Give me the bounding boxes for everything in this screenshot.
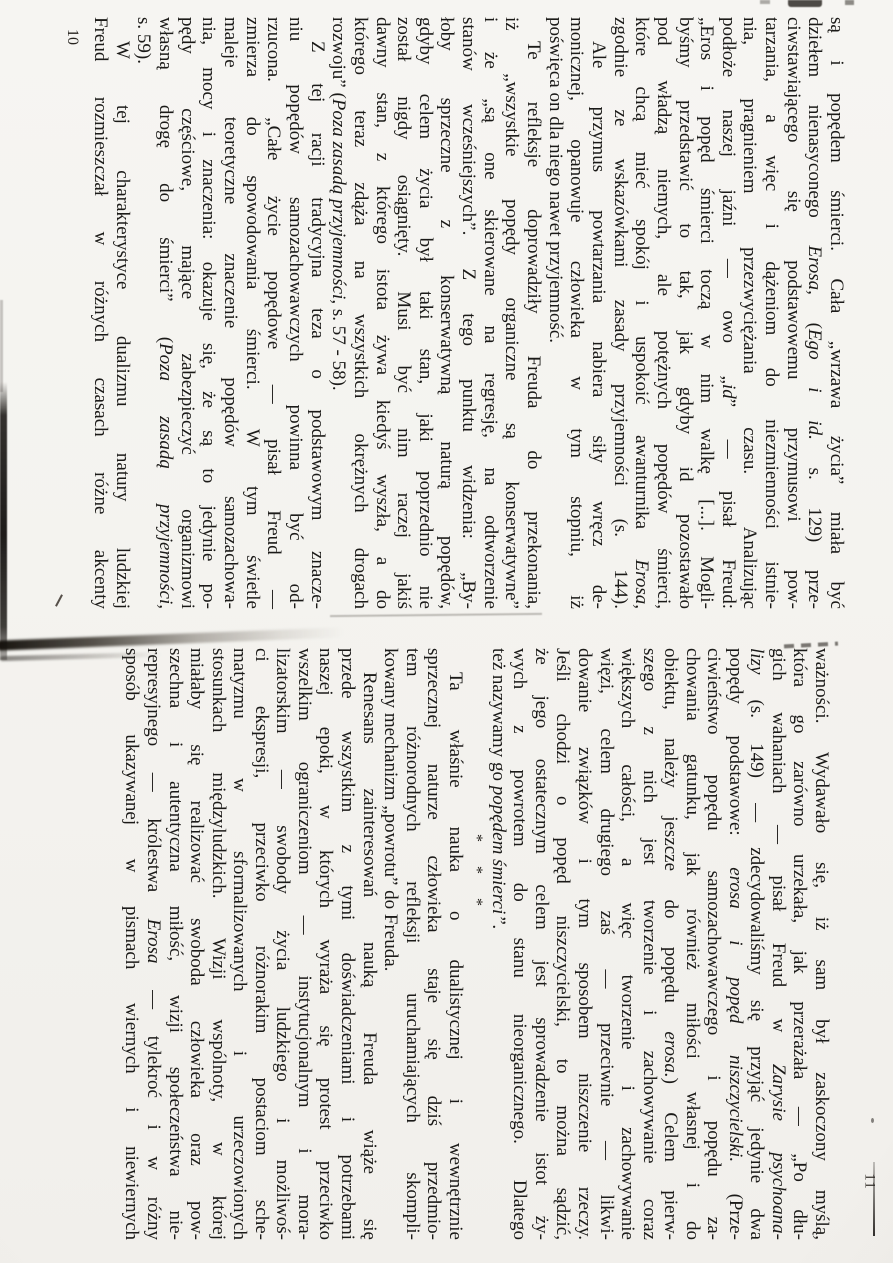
top-edge-mark-faint bbox=[760, 0, 770, 4]
text-line: maleje teoretyczne znaczenie popędów sam… bbox=[219, 17, 241, 609]
text-run: przede wszystkim z tymi doświadczeniami … bbox=[337, 648, 358, 1240]
text-line: gich wahaniach — pisał Freud w Zarysie p… bbox=[767, 648, 789, 1240]
text-line: Te refleksje doprowadziły Freuda do prze… bbox=[522, 17, 544, 609]
text-line: tarzania, a więc i dążeniom do niezmienn… bbox=[760, 17, 782, 609]
text-run: (Prze- bbox=[725, 1162, 746, 1240]
text-run: podłoże naszej jaźni — owo „ bbox=[718, 17, 739, 384]
italic-run: Ego i id. bbox=[804, 329, 825, 440]
text-line: Renesans zainteresowań nauką Freuda wiąż… bbox=[358, 648, 380, 1240]
text-run: dawny stan, z którego istota żywa kiedyś… bbox=[372, 17, 393, 609]
text-run: został nigdy osiągnięty. Musi być nim ra… bbox=[393, 17, 414, 609]
text-line: podłoże naszej jaźni — owo „id” — pisał … bbox=[717, 17, 739, 609]
text-run: stanów wcześniejszych”. Z tego punktu wi… bbox=[458, 17, 479, 609]
text-line: Z tej racji tradycyjna teza o podstawowy… bbox=[306, 17, 328, 609]
text-run: sposób ukazywanej w pismach wiernych i n… bbox=[122, 648, 143, 1240]
text-run: rzucona. „Całe życie popędowe — pisał Fr… bbox=[263, 17, 284, 609]
italic-run: Zarysie psychoana- bbox=[768, 1064, 789, 1240]
text-run: Ta właśnie nauka o dualistycznej i wewnę… bbox=[445, 672, 466, 1240]
text-run: która go zarówno urzekała, jak przerażał… bbox=[789, 648, 810, 1240]
italic-run: Erosa, bbox=[631, 560, 652, 609]
text-run: większych całości, a więc tworzenie i za… bbox=[617, 648, 638, 1240]
text-line: ciwieństwo popędu samozachowawczego i po… bbox=[703, 648, 725, 1240]
text-line: chowania gatunku, jak również miłości wł… bbox=[681, 648, 703, 1240]
text-run: stosunkach międzyludzkich. Wizji wspólno… bbox=[208, 648, 229, 1240]
text-line: sprzecznej naturze człowieka staje się d… bbox=[423, 648, 445, 1240]
text-line: byśmy przedstawić to tak, jak gdyby id p… bbox=[674, 17, 696, 609]
italic-run: Poza zasadą przyjemności, bbox=[328, 99, 349, 304]
text-run: ciwieństwo popędu samozachowawczego i po… bbox=[703, 648, 724, 1240]
text-line: dowanie związków i tym sposobem niszczen… bbox=[573, 648, 595, 1240]
text-run: „Eros i popęd śmierci toczą w nim walkę … bbox=[696, 17, 717, 609]
text-line: tem różnorodnych refleksji uruchamiający… bbox=[401, 648, 423, 1240]
text-run: że jego ostatecznym celem jest sprowadze… bbox=[531, 648, 552, 1240]
text-run: s. 57 - 58). bbox=[328, 304, 349, 391]
text-line: które chcą mieć spokój i uspokoić awantu… bbox=[631, 17, 653, 609]
text-line: rozwoju” (Poza zasadą przyjemności, s. 5… bbox=[328, 17, 350, 609]
text-line: którego teraz zdąża na wszystkich okrężn… bbox=[349, 17, 371, 609]
text-line: lizy (s. 149) — zdecydowaliśmy się przyj… bbox=[746, 648, 768, 1240]
text-run: więzi, celem drugiego zaś — przeciwnie —… bbox=[596, 648, 617, 1240]
text-run: — tylekroć i w różny bbox=[143, 964, 164, 1241]
italic-run: Poza zasadą przyjemności, bbox=[155, 343, 176, 609]
text-run: wych z powrotem do stanu nieorganicznego… bbox=[509, 648, 530, 1240]
italic-run: popędem śmierci”. bbox=[488, 786, 509, 930]
text-run: miałaby się realizować swoboda człowieka… bbox=[186, 648, 207, 1240]
text-run: nia, mocy i znaczenia: okazuje się, że s… bbox=[198, 17, 219, 609]
text-run: nia, pragnieniem przezwyciężania czasu. … bbox=[739, 17, 760, 609]
text-run: Ale przymus powtarzania nabiera siły wrę… bbox=[588, 41, 609, 609]
text-line: stanów wcześniejszych”. Z tego punktu wi… bbox=[457, 17, 479, 609]
text-run: tarzania, a więc i dążeniom do niezmienn… bbox=[761, 17, 782, 609]
speck-mark bbox=[871, 1118, 874, 1123]
italic-run: lizy bbox=[746, 648, 767, 674]
text-line: wych z powrotem do stanu nieorganicznego… bbox=[509, 648, 531, 1240]
text-run: rozwoju” ( bbox=[328, 17, 349, 99]
italic-run: erosa. bbox=[660, 1031, 681, 1077]
text-run: Z tej racji tradycyjna teza o podstawowy… bbox=[307, 41, 328, 609]
text-line: więzi, celem drugiego zaś — przeciwnie —… bbox=[595, 648, 617, 1240]
text-line: kowany mechanizm „powrotu” do Freuda. bbox=[380, 648, 402, 1240]
fold-shadow-thin-line bbox=[330, 613, 542, 617]
text-run: zmierza do spowodowania śmierci. W tym ś… bbox=[242, 17, 263, 609]
page-10-text-block: są i popędem śmierci. Cała „wrzawa życia… bbox=[89, 17, 847, 609]
text-run: Jeśli chodzi o popęd niszczycielski, to … bbox=[552, 648, 573, 1240]
italic-run: erosa i popęd niszczycielski. bbox=[725, 867, 746, 1162]
text-line: są i popędem śmierci. Cała „wrzawa życia… bbox=[825, 17, 847, 609]
text-line: został nigdy osiągnięty. Musi być nim ra… bbox=[393, 17, 415, 609]
book-scan: { "scan": { "paper_color": "#f5f4f1", "i… bbox=[0, 0, 893, 1263]
text-line: monicznej, opanowuje człowieka w tym sto… bbox=[566, 17, 588, 609]
text-line: nia, pragnieniem przezwyciężania czasu. … bbox=[739, 17, 761, 609]
text-run: ( bbox=[804, 295, 825, 329]
text-line: sposób ukazywanej w pismach wiernych i n… bbox=[121, 648, 143, 1240]
text-run: które chcą mieć spokój i uspokoić awantu… bbox=[631, 17, 652, 560]
text-run: ) Celem pierw- bbox=[660, 1078, 681, 1240]
text-run: kowany mechanizm „powrotu” do Freuda. bbox=[380, 648, 401, 971]
text-run: szechna i autentyczna miłość, wizji społ… bbox=[165, 648, 186, 1240]
text-line: ważności. Wydawało się, iż sam był zasko… bbox=[810, 648, 832, 1240]
text-line: własną drogę do śmierci” (Poza zasadą pr… bbox=[155, 17, 177, 609]
text-run: dowanie związków i tym sposobem niszczen… bbox=[574, 648, 595, 1240]
text-line: zmierza do spowodowania śmierci. W tym ś… bbox=[241, 17, 263, 609]
text-line: łoby sprzeczne z konserwatywną naturą po… bbox=[436, 17, 458, 609]
text-run: gich wahaniach — pisał Freud w bbox=[768, 648, 789, 1064]
page-11-text-block: ważności. Wydawało się, iż sam był zasko… bbox=[108, 648, 832, 1240]
text-run: którego teraz zdąża na wszystkich okrężn… bbox=[350, 17, 371, 609]
text-run: ” — pisał Freud: bbox=[718, 399, 739, 609]
text-run: W tej charakterystyce dualizmu natury lu… bbox=[112, 41, 133, 609]
text-line: represyjnego — królestwa Erosa — tylekro… bbox=[143, 648, 165, 1240]
text-run: zgodnie ze wskazówkami zasady przyjemnoś… bbox=[610, 17, 631, 609]
text-run: iż „wszystkie popędy organiczne są konse… bbox=[501, 17, 522, 609]
text-line: lizatorskim — swobody życia ludzkiego i … bbox=[272, 648, 294, 1240]
text-run: popędy podstawowe: bbox=[725, 648, 746, 867]
italic-run: id bbox=[718, 384, 739, 399]
page-11-folio: 11 bbox=[858, 1152, 880, 1210]
text-line: Ale przymus powtarzania nabiera siły wrę… bbox=[587, 17, 609, 609]
text-run: maleje teoretyczne znaczenie popędów sam… bbox=[220, 17, 241, 609]
italic-run: Erosa bbox=[143, 919, 164, 964]
top-edge-mark-small bbox=[845, 0, 854, 5]
section-separator: * * * bbox=[466, 648, 488, 1240]
text-run: monicznej, opanowuje człowieka w tym sto… bbox=[566, 17, 587, 609]
text-line: pod władzą niemych, ale potężnych popędó… bbox=[652, 17, 674, 609]
text-run: represyjnego — królestwa bbox=[143, 648, 164, 919]
text-line: dawny stan, z którego istota żywa kiedyś… bbox=[371, 17, 393, 609]
text-run: pędy częściowe, mające zabezpieczyć orga… bbox=[177, 17, 198, 609]
text-line: nia, mocy i znaczenia: okazuje się, że s… bbox=[198, 17, 220, 609]
text-line: naszej epoki, w których wyraża się prote… bbox=[315, 648, 337, 1240]
text-run: ważności. Wydawało się, iż sam był zasko… bbox=[811, 648, 832, 1240]
text-line: gdyby celem życia był taki stan, jaki po… bbox=[414, 17, 436, 609]
text-run: własną drogę do śmierci” ( bbox=[155, 17, 176, 343]
slash-speck bbox=[55, 594, 63, 606]
text-run: tem różnorodnych refleksji uruchamiający… bbox=[402, 648, 423, 1240]
text-line: pędy częściowe, mające zabezpieczyć orga… bbox=[176, 17, 198, 609]
text-line: większych całości, a więc tworzenie i za… bbox=[617, 648, 639, 1240]
page-10-folio: 10 bbox=[60, 16, 84, 58]
text-run: lizatorskim — swobody życia ludzkiego i … bbox=[272, 648, 293, 1240]
text-run: chowania gatunku, jak również miłości wł… bbox=[682, 648, 703, 1240]
text-run: też nazywamy go bbox=[488, 648, 509, 786]
text-line: iż „wszystkie popędy organiczne są konse… bbox=[501, 17, 523, 609]
text-line: zgodnie ze wskazówkami zasady przyjemnoś… bbox=[609, 17, 631, 609]
text-line: matyzmu w sformalizowanych i urzeczowion… bbox=[229, 648, 251, 1240]
text-line: też nazywamy go popędem śmierci”. bbox=[487, 648, 509, 1240]
text-line: s. 59). bbox=[133, 17, 155, 609]
text-line: Freud rozmieszczał w różnych czasach róż… bbox=[90, 17, 112, 609]
text-line: ci ekspresji, przeciwko różnorakim posta… bbox=[250, 648, 272, 1240]
text-line: Ta właśnie nauka o dualistycznej i wewnę… bbox=[444, 648, 466, 1240]
text-run: łoby sprzeczne z konserwatywną naturą po… bbox=[436, 17, 457, 609]
text-run: (s. 149) — zdecydowaliśmy się przyjąć je… bbox=[746, 674, 767, 1240]
text-line: popędy podstawowe: erosa i popęd niszczy… bbox=[724, 648, 746, 1240]
text-run: i że „są one skierowane na regresję, na … bbox=[480, 17, 501, 609]
text-line: dziełem nienasyconego Erosa, (Ego i id. … bbox=[804, 17, 826, 609]
text-run: dziełem nienasyconego bbox=[804, 17, 825, 245]
top-edge-mark-large bbox=[788, 0, 822, 7]
text-line: miałaby się realizować swoboda człowieka… bbox=[186, 648, 208, 1240]
text-line: poświęca on dla niego nawet przyjemność. bbox=[544, 17, 566, 609]
text-run: ci ekspresji, przeciwko różnorakim posta… bbox=[251, 648, 272, 1240]
left-edge-shadow-bar bbox=[0, 382, 7, 660]
text-run: sprzecznej naturze człowieka staje się d… bbox=[423, 648, 444, 1240]
text-run: Te refleksje doprowadziły Freuda do prze… bbox=[523, 41, 544, 609]
text-line: rzucona. „Całe życie popędowe — pisał Fr… bbox=[263, 17, 285, 609]
text-run: gdyby celem życia był taki stan, jaki po… bbox=[415, 17, 436, 609]
text-line: W tej charakterystyce dualizmu natury lu… bbox=[111, 17, 133, 609]
text-line: i że „są one skierowane na regresję, na … bbox=[479, 17, 501, 609]
text-line: że jego ostatecznym celem jest sprowadze… bbox=[530, 648, 552, 1240]
text-line: ciwstawiającego się podstawowemu przymus… bbox=[782, 17, 804, 609]
text-run: ciwstawiającego się podstawowemu przymus… bbox=[783, 17, 804, 609]
text-line: wszelkim ograniczeniom — instytucjonalny… bbox=[293, 648, 315, 1240]
text-line: szego z nich jest tworzenie i zachowywan… bbox=[638, 648, 660, 1240]
text-line: obiektu, należy jeszcze do popędu erosa.… bbox=[660, 648, 682, 1240]
text-run: s. 129) prze- bbox=[804, 440, 825, 609]
text-run: Renesans zainteresowań nauką Freuda wiąż… bbox=[359, 672, 380, 1240]
text-line: stosunkach międzyludzkich. Wizji wspólno… bbox=[207, 648, 229, 1240]
text-run: naszej epoki, w których wyraża się prote… bbox=[315, 648, 336, 1240]
text-run: są i popędem śmierci. Cała „wrzawa życia… bbox=[826, 17, 847, 609]
text-run: wszelkim ograniczeniom — instytucjonalny… bbox=[294, 648, 315, 1240]
text-line: która go zarówno urzekała, jak przerażał… bbox=[789, 648, 811, 1240]
text-line: niu popędów samozachowawczych powinna by… bbox=[284, 17, 306, 609]
left-edge-shadow-faint bbox=[0, 300, 3, 392]
text-run: niu popędów samozachowawczych powinna by… bbox=[285, 17, 306, 609]
text-run: poświęca on dla niego nawet przyjemność. bbox=[545, 17, 566, 343]
text-run: matyzmu w sformalizowanych i urzeczowion… bbox=[229, 648, 250, 1240]
text-line: szechna i autentyczna miłość, wizji społ… bbox=[164, 648, 186, 1240]
text-line: „Eros i popęd śmierci toczą w nim walkę … bbox=[696, 17, 718, 609]
text-line: Jeśli chodzi o popęd niszczycielski, to … bbox=[552, 648, 574, 1240]
text-run: Freud rozmieszczał w różnych czasach róż… bbox=[90, 17, 111, 609]
text-run: s. 59). bbox=[134, 17, 155, 64]
italic-run: Erosa, bbox=[804, 245, 825, 294]
text-line: przede wszystkim z tymi doświadczeniami … bbox=[336, 648, 358, 1240]
text-run: pod władzą niemych, ale potężnych popędó… bbox=[653, 17, 674, 609]
text-run: szego z nich jest tworzenie i zachowywan… bbox=[639, 648, 660, 1240]
text-run: obiektu, należy jeszcze do popędu bbox=[660, 648, 681, 1031]
text-run: byśmy przedstawić to tak, jak gdyby id p… bbox=[675, 17, 696, 609]
